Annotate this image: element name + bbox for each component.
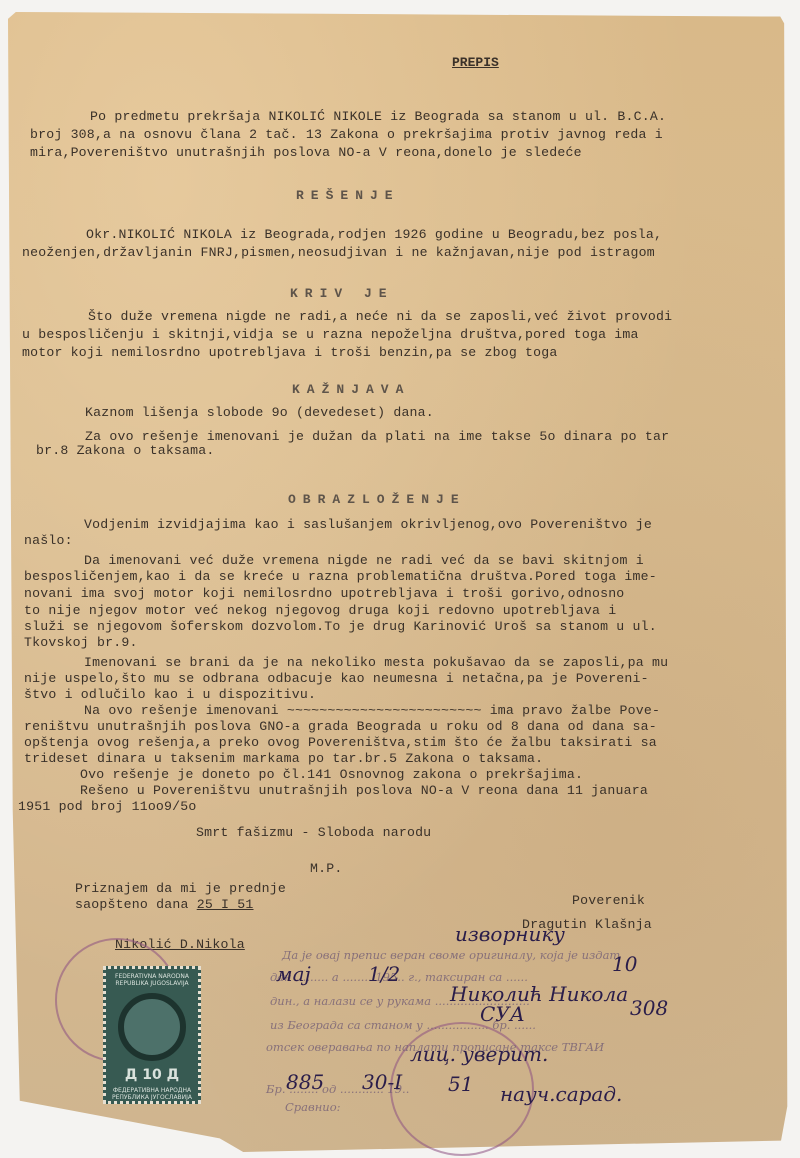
obrazlozenje-line: Na ovo rešenje imenovani ~~~~~~~~~~~~~~~… bbox=[84, 702, 660, 719]
heading-obrazlozenje: OBRAZLOŽENJE bbox=[288, 492, 466, 507]
resenje-line: neoženjen,državljanin FNRJ,pismen,neosud… bbox=[22, 244, 655, 261]
obrazlozenje-line: Da imenovani već duže vremena nigde ne r… bbox=[84, 552, 644, 569]
obrazlozenje-line: to nije njegov motor već nekog njegovog … bbox=[24, 602, 616, 619]
acknowledgement-prefix: saopšteno dana bbox=[75, 897, 189, 912]
handwritten-note: науч.сарад. bbox=[500, 1082, 622, 1106]
handwritten-note: лиц. уверит. bbox=[410, 1042, 548, 1066]
heading-kriv-je: KRIV JE bbox=[290, 286, 394, 301]
mp-mark: M.P. bbox=[310, 860, 342, 877]
obrazlozenje-line: nije uspelo,što mu se odbrana odbacuje k… bbox=[24, 670, 649, 687]
obrazlozenje-line: besposličenjem,kao i da se kreće u razna… bbox=[24, 568, 657, 585]
kriv-line: u besposličenju i skitnji,vidja se u raz… bbox=[22, 326, 639, 343]
kaznjava-line: Kaznom lišenja slobode 9o (devedeset) da… bbox=[85, 404, 434, 421]
heading-kaznjava: KAŽNJAVA bbox=[292, 382, 410, 397]
handwritten-note: 1/2 bbox=[368, 962, 400, 986]
heading-resenje: REŠENJE bbox=[296, 188, 400, 203]
obrazlozenje-line: 1951 pod broj 11oo9/5o bbox=[18, 798, 197, 815]
handwritten-note: СУА bbox=[480, 1002, 525, 1026]
obrazlozenje-line: služi se njegovom šoferskom dozvolom.To … bbox=[24, 618, 657, 635]
revenue-stamp-value: Д 10 Д bbox=[106, 1067, 198, 1083]
certification-line: Да је овај препис веран своме оригиналу,… bbox=[282, 948, 620, 962]
obrazlozenje-line: Tkovskoj br.9. bbox=[24, 634, 138, 651]
kaznjava-line: br.8 Zakona o taksama. bbox=[36, 442, 215, 459]
revenue-stamp: FEDERATIVNA NARODNA REPUBLIKA JUGOSLAVIJ… bbox=[103, 966, 201, 1104]
acknowledgement-line: Priznajem da mi je prednje bbox=[75, 880, 286, 897]
revenue-stamp-bottom-text: ФЕДЕРАТИВНА НАРОДНА РЕПУБЛИКА ЈУГОСЛАВИЈ… bbox=[106, 1087, 198, 1101]
revenue-stamp-top-text: FEDERATIVNA NARODNA REPUBLIKA JUGOSLAVIJ… bbox=[106, 973, 198, 987]
obrazlozenje-line: našlo: bbox=[24, 532, 73, 549]
handwritten-note: изворнику bbox=[455, 922, 565, 946]
obrazlozenje-line: Ovo rešenje je doneto po čl.141 Osnovnog… bbox=[80, 766, 583, 783]
kriv-line: Što duže vremena nigde ne radi,a neće ni… bbox=[88, 308, 672, 325]
handwritten-note: 10 bbox=[612, 952, 637, 976]
obrazlozenje-line: Imenovani se brani da je na nekoliko mes… bbox=[84, 654, 668, 671]
obrazlozenje-line: trideset dinara u taksenim markama po ta… bbox=[24, 750, 543, 767]
obrazlozenje-line: opštenja ovog rešenja,a preko ovog Pover… bbox=[24, 734, 657, 751]
official-role: Poverenik bbox=[572, 892, 645, 909]
document-title: PREPIS bbox=[452, 55, 499, 70]
intro-line: broj 308,a na osnovu člana 2 tač. 13 Zak… bbox=[30, 126, 663, 143]
obrazlozenje-line: novani ima svoj motor koji nemilosrdno u… bbox=[24, 585, 624, 602]
obrazlozenje-line: reništvu unutrašnjih poslova GNO-a grada… bbox=[24, 718, 657, 735]
handwritten-note: 308 bbox=[630, 996, 668, 1020]
acknowledgement-line: saopšteno dana 25 I 51 bbox=[75, 896, 254, 913]
certification-line: Сравнио: bbox=[285, 1100, 341, 1114]
intro-line: mira,Povereništvo unutrašnjih poslova NO… bbox=[30, 144, 582, 161]
slogan: Smrt fašizmu - Sloboda narodu bbox=[196, 824, 431, 841]
handwritten-note: Николић Никола bbox=[450, 982, 628, 1006]
handwritten-note: 51 bbox=[448, 1072, 473, 1096]
kriv-line: motor koji nemilosrdno upotrebljava i tr… bbox=[22, 344, 558, 361]
handwritten-note: мај bbox=[276, 962, 311, 986]
obrazlozenje-line: Vodjenim izvidjajima kao i saslušanjem o… bbox=[84, 516, 652, 533]
resenje-line: Okr.NIKOLIĆ NIKOLA iz Beograda,rodjen 19… bbox=[86, 226, 662, 243]
coat-of-arms-icon bbox=[118, 993, 186, 1061]
obrazlozenje-line: štvo i odlučilo kao i u dispozitivu. bbox=[24, 686, 316, 703]
handwritten-note: 30-I bbox=[362, 1070, 402, 1094]
handwritten-note: 885 bbox=[286, 1070, 324, 1094]
obrazlozenje-line: Rešeno u Povereništvu unutrašnjih poslov… bbox=[80, 782, 648, 799]
acknowledgement-date: 25 I 51 bbox=[197, 897, 254, 912]
intro-line: Po predmetu prekršaja NIKOLIĆ NIKOLE iz … bbox=[90, 108, 666, 125]
